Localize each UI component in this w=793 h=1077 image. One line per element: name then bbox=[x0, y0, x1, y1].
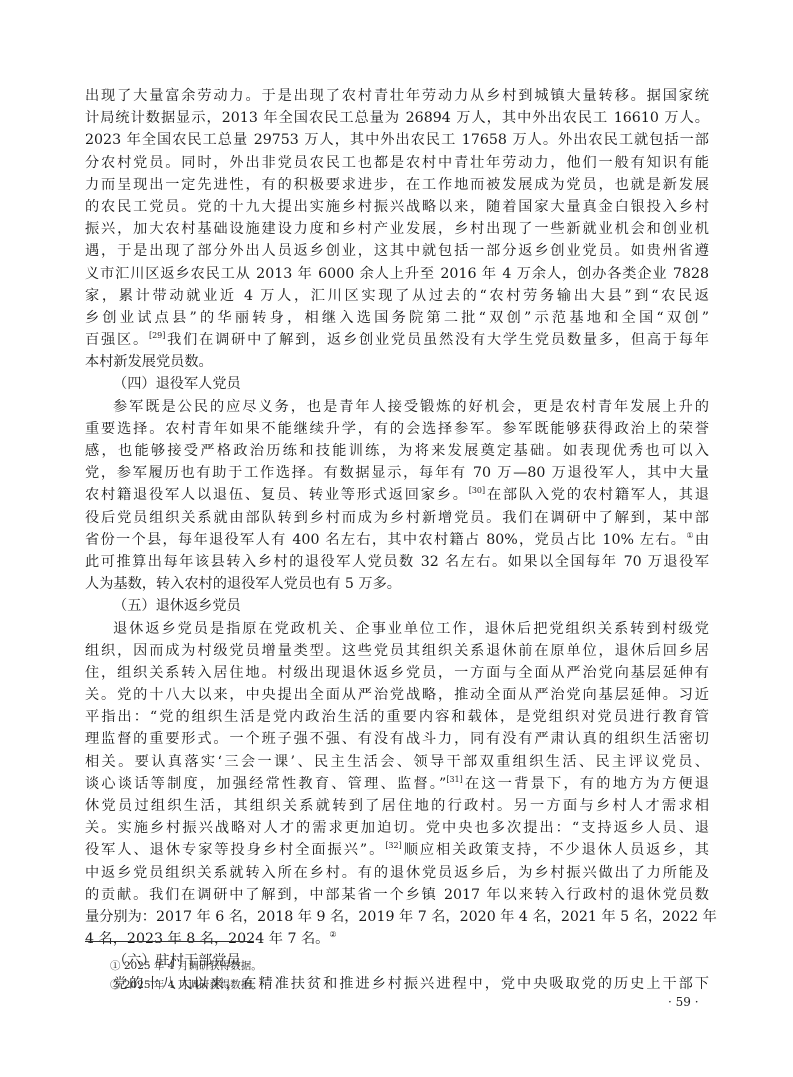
text-line: 量分别为：2017 年 6 名，2018 年 9 名，2019 年 7 名，20… bbox=[85, 906, 709, 928]
text-segment: 顺应相关政策支持，不少退休人员返乡，其 bbox=[402, 842, 709, 858]
text-line: 平指出：“党的组织生活是党内政治生活的重要内容和载体，是党组织对党员进行教育管 bbox=[85, 706, 709, 728]
text-line: 感，也能够接受严格政治历练和技能训练，为将来发展奠定基础。如表现优秀也可以入 bbox=[85, 440, 709, 462]
text-segment: 在部队入党的农村籍军人，其退 bbox=[485, 487, 709, 503]
text-line: 人为基数，转入农村的退役军人党员也有 5 万多。 bbox=[85, 573, 709, 595]
text-line: 组织，因而成为村级党员增量类型。这些党员其组织关系退休前在原单位，退休后回乡居 bbox=[85, 640, 709, 662]
text-segment: 在这一背景下，有的地方为方便退 bbox=[463, 776, 709, 792]
citation-ref: [30] bbox=[469, 486, 485, 495]
text-line: 遇，于是出现了部分外出人员返乡创业，这其中就包括一部分返乡创业党员。如贵州省遵 bbox=[85, 240, 709, 262]
text-line: 本村新发展党员数。 bbox=[85, 351, 709, 373]
text-segment: 百强区。 bbox=[85, 332, 149, 348]
text-line: 此可推算出每年该县转入乡村的退役军人党员数 32 名左右。如果以全国每年 70 … bbox=[85, 551, 709, 573]
text-segment: 农村籍退役军人以退伍、复员、转业等形式返回家乡。 bbox=[85, 487, 469, 503]
text-line: 振兴，加大农村基础设施建设力度和乡村产业发展，乡村出现了一些新就业机会和创业机 bbox=[85, 218, 709, 240]
footnote-text: 2025 年 4 月调研获得数据。 bbox=[124, 979, 262, 991]
text-line: 的贡献。我们在调研中了解到，中部某省一个乡镇 2017 年以来转入行政村的退休党… bbox=[85, 884, 709, 906]
text-line: 的农民工党员。党的十九大提出实施乡村振兴战略以来，随着国家大量真金白银投入乡村 bbox=[85, 196, 709, 218]
citation-ref: [32] bbox=[385, 841, 401, 850]
text-line: 分农村党员。同时，外出非党员农民工也都是农村中青壮年劳动力，他们一般有知识有能 bbox=[85, 152, 709, 174]
text-line: 退休返乡党员是指原在党政机关、企事业单位工作，退休后把党组织关系转到村级党 bbox=[85, 618, 709, 640]
text-segment: 4 名，2023 年 8 名，2024 年 7 名。 bbox=[85, 931, 329, 947]
footnote-text: 2025 年 4 月调研获得数据。 bbox=[124, 960, 262, 972]
footnote-2: ② 2025 年 4 月调研获得数据。 bbox=[110, 976, 262, 995]
text-line: 役军人、退休专家等投身乡村全面振兴”。[32]顺应相关政策支持，不少退休人员返乡… bbox=[85, 839, 709, 861]
text-line: 省份一个县，每年退役军人有 400 名左右，其中农村籍占 80%，党员占比 10… bbox=[85, 529, 709, 551]
text-line: 2023 年全国农民工总量 29753 万人，其中外出农民工 17658 万人。… bbox=[85, 129, 709, 151]
text-line: 休党员过组织生活，其组织关系就转到了居住地的行政村。另一方面与乡村人才需求相 bbox=[85, 795, 709, 817]
text-line: 力而呈现出一定先进性，有的积极要求进步，在工作地而被发展成为党员，也就是新发展 bbox=[85, 174, 709, 196]
text-segment: 省份一个县，每年退役军人有 400 名左右，其中农村籍占 80%，党员占比 10… bbox=[85, 532, 686, 548]
page-number: · 59 · bbox=[668, 995, 699, 1009]
text-line: 乡创业试点县”的华丽转身，相继入选国务院第二批“双创”示范基地和全国“双创” bbox=[85, 307, 709, 329]
body-text: 出现了大量富余劳动力。于是出现了农村青壮年劳动力从乡村到城镇大量转移。据国家统计… bbox=[85, 85, 709, 995]
citation-ref: [31] bbox=[446, 775, 462, 784]
footnote-mark: ① bbox=[110, 960, 121, 972]
text-line: 农村籍退役军人以退伍、复员、转业等形式返回家乡。[30]在部队入党的农村籍军人，… bbox=[85, 484, 709, 506]
text-line: 关。实施乡村振兴战略对人才的需求更加迫切。党中央也多次提出：“支持返乡人员、退 bbox=[85, 817, 709, 839]
footnotes: ① 2025 年 4 月调研获得数据。 ② 2025 年 4 月调研获得数据。 bbox=[110, 957, 262, 994]
text-line: 关。党的十八大以来，中央提出全面从严治党战略，推动全面从严治党向基层延伸。习近 bbox=[85, 684, 709, 706]
section-heading: （五）退休返乡党员 bbox=[85, 595, 709, 617]
citation-ref: ① bbox=[686, 531, 695, 540]
text-line: 住，组织关系转入居住地。村级出现退休返乡党员，一方面与全面从严治党向基层延伸有 bbox=[85, 662, 709, 684]
text-line: 4 名，2023 年 8 名，2024 年 7 名。② bbox=[85, 928, 709, 950]
citation-ref: [29] bbox=[149, 331, 165, 340]
footnote-divider bbox=[85, 941, 253, 942]
text-line: 相关。要认真落实‘三会一课’、民主生活会、领导干部双重组织生活、民主评议党员、 bbox=[85, 751, 709, 773]
text-line: 党，参军履历也有助于工作选择。有数据显示，每年有 70 万—80 万退役军人，其… bbox=[85, 462, 709, 484]
section-heading: （四）退役军人党员 bbox=[85, 373, 709, 395]
citation-ref: ② bbox=[329, 930, 336, 939]
text-line: 义市汇川区返乡农民工从 2013 年 6000 余人上升至 2016 年 4 万… bbox=[85, 263, 709, 285]
text-segment: 我们在调研中了解到，返乡创业党员虽然没有大学生党员数量多，但高于每年 bbox=[165, 332, 709, 348]
text-line: 役后党员组织关系就由部队转到乡村而成为乡村新增党员。我们在调研中了解到，某中部 bbox=[85, 507, 709, 529]
text-line: 参军既是公民的应尽义务，也是青年人接受锻炼的好机会，更是农村青年发展上升的 bbox=[85, 396, 709, 418]
text-line: 计局统计数据显示，2013 年全国农民工总量为 26894 万人，其中外出农民工… bbox=[85, 107, 709, 129]
footnote-1: ① 2025 年 4 月调研获得数据。 bbox=[110, 957, 262, 976]
text-line: 谈心谈话等制度，加强经常性教育、管理、监督。”[31]在这一背景下，有的地方为方… bbox=[85, 773, 709, 795]
text-line: 理监督的重要形式。一个班子强不强、有没有战斗力，同有没有严肃认真的组织生活密切 bbox=[85, 728, 709, 750]
text-line: 家，累计带动就业近 4 万人，汇川区实现了从过去的“农村劳务输出大县”到“农民返 bbox=[85, 285, 709, 307]
text-line: 中返乡党员组织关系就转入所在乡村。有的退休党员返乡后，为乡村振兴做出了力所能及 bbox=[85, 862, 709, 884]
text-line: 百强区。[29]我们在调研中了解到，返乡创业党员虽然没有大学生党员数量多，但高于… bbox=[85, 329, 709, 351]
text-line: 出现了大量富余劳动力。于是出现了农村青壮年劳动力从乡村到城镇大量转移。据国家统 bbox=[85, 85, 709, 107]
text-segment: 役军人、退休专家等投身乡村全面振兴”。 bbox=[85, 842, 385, 858]
text-line: 重要选择。农村青年如果不能继续升学，有的会选择参军。参军既能够获得政治上的荣誉 bbox=[85, 418, 709, 440]
text-segment: 谈心谈话等制度，加强经常性教育、管理、监督。” bbox=[85, 776, 446, 792]
text-segment: 由 bbox=[695, 532, 709, 548]
footnote-mark: ② bbox=[110, 979, 121, 991]
